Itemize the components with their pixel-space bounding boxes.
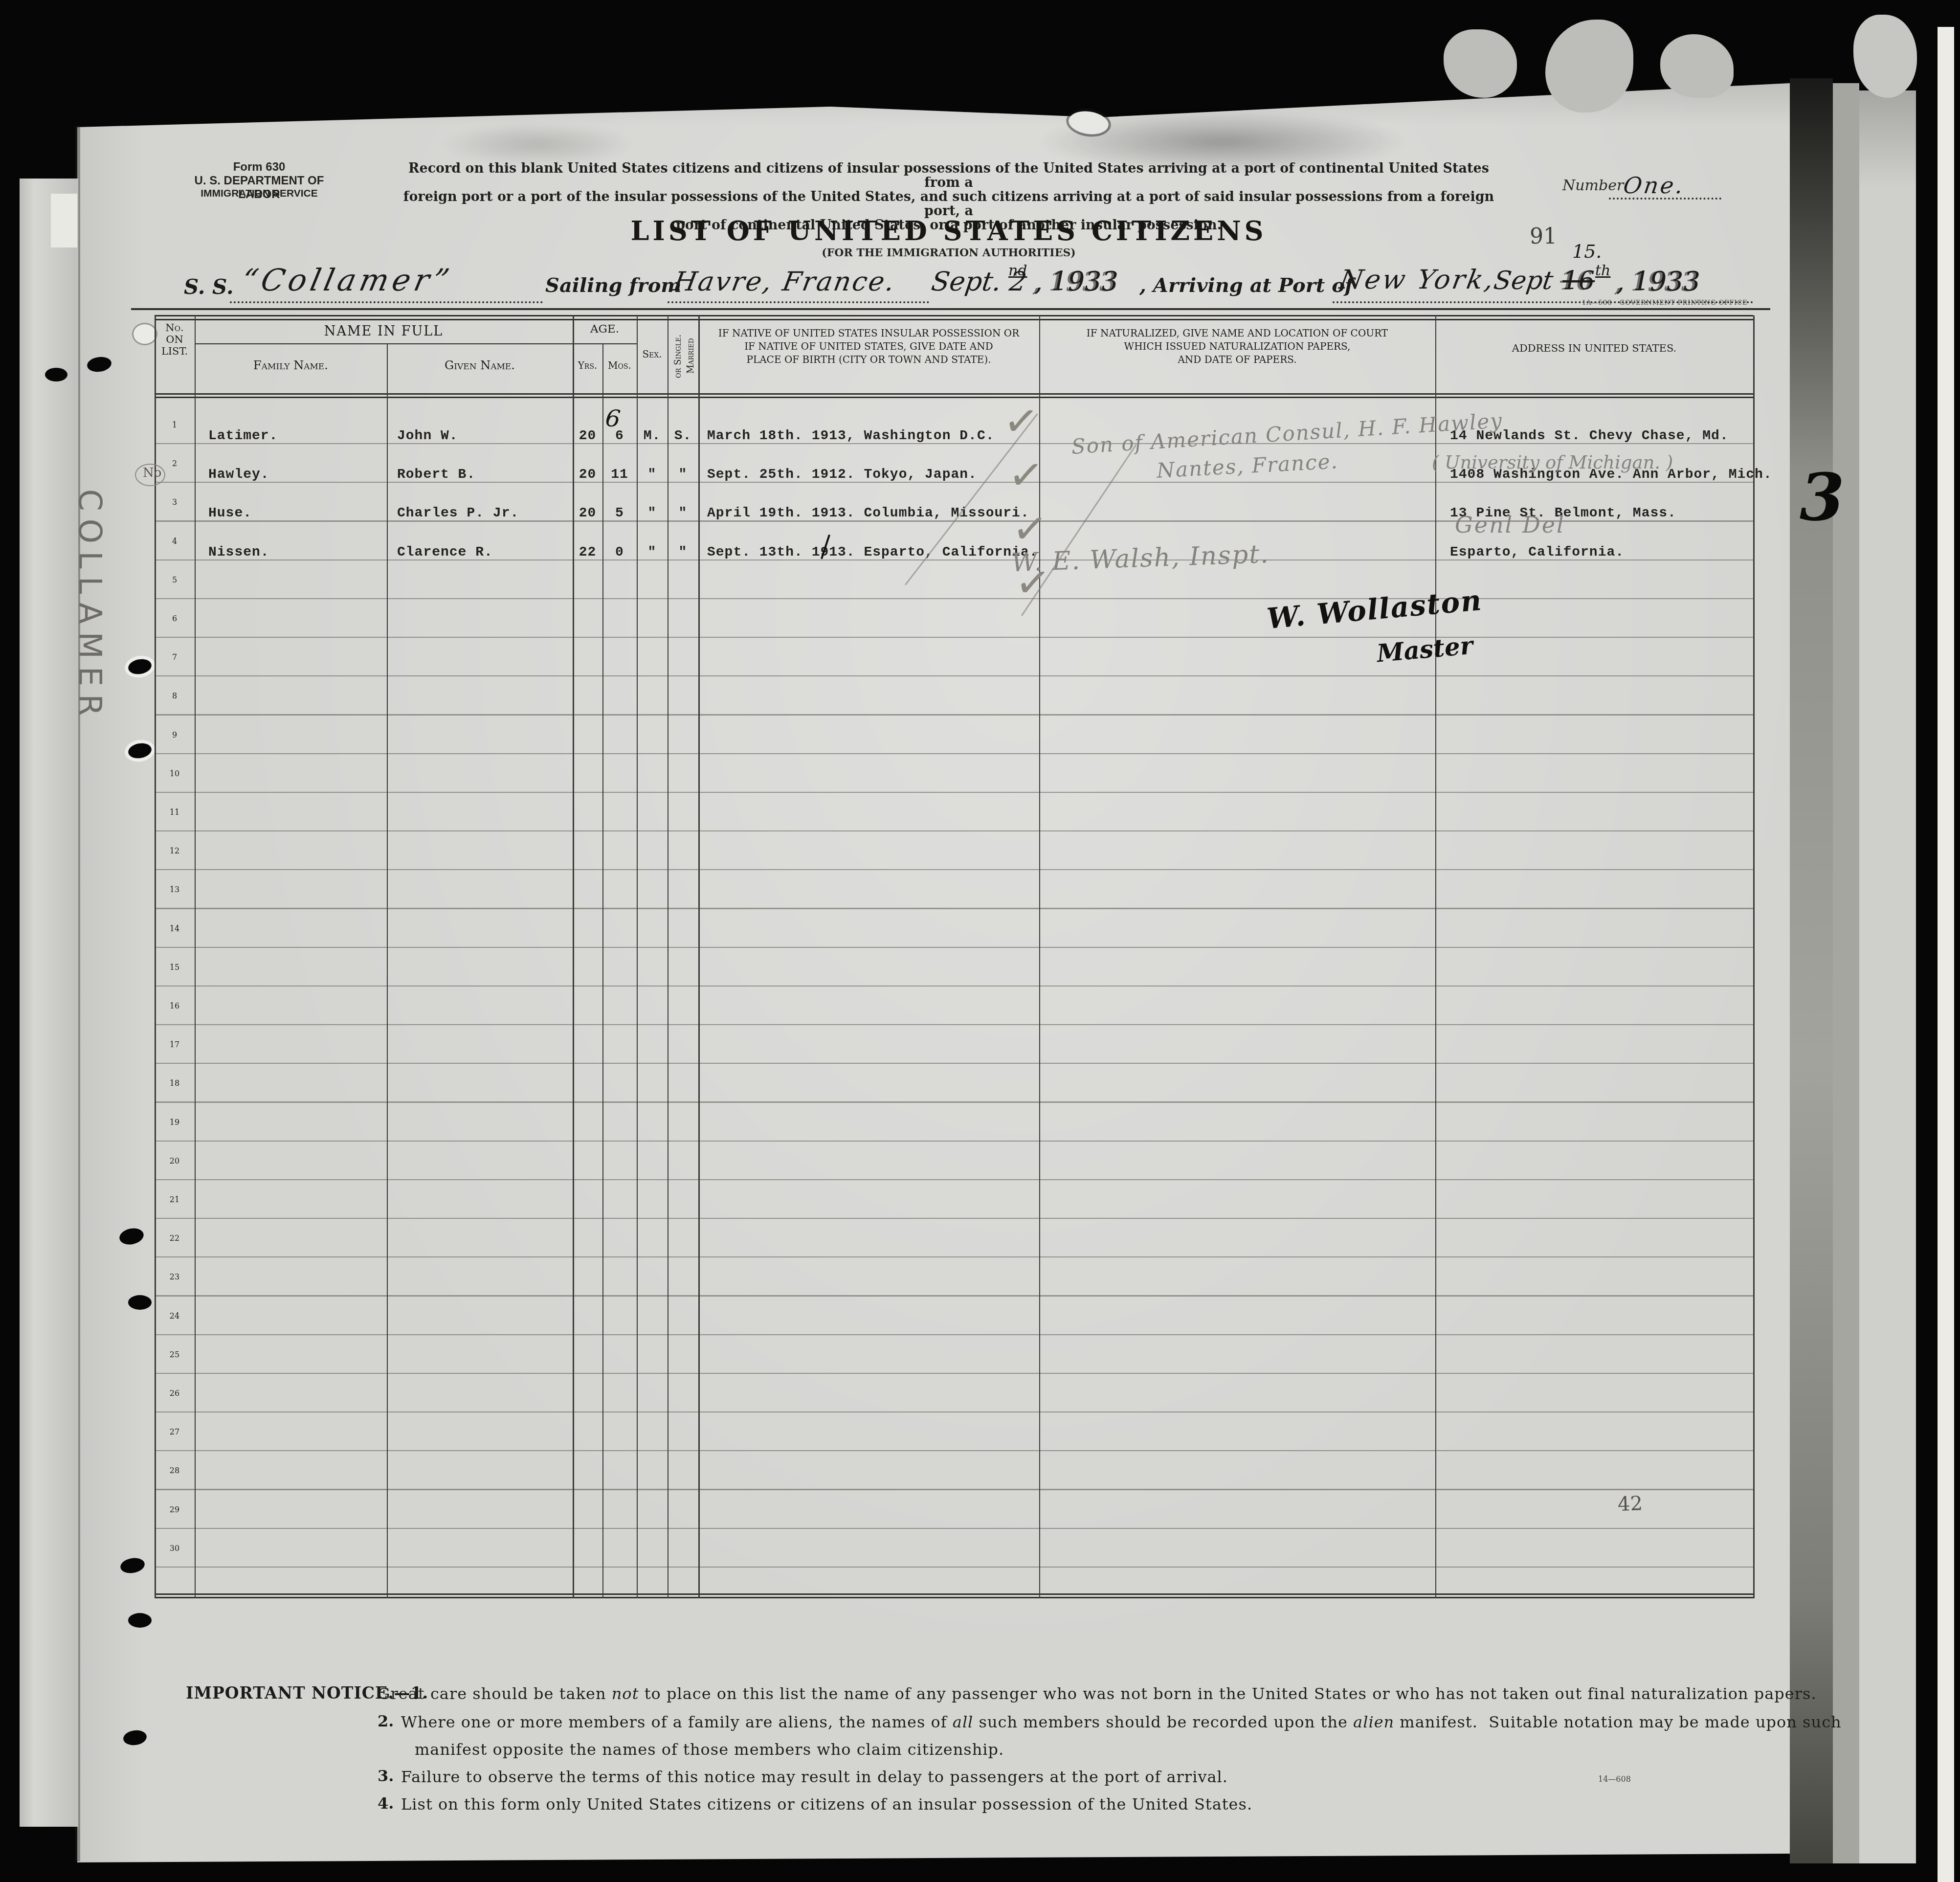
row-number-18: 18 (155, 1073, 195, 1094)
row-number-25: 25 (155, 1344, 195, 1365)
arrival-day-struck: 16 (1562, 266, 1595, 295)
spine-handwritten-ship-name: COLLAMER (71, 489, 108, 841)
cell-given-row1: John W. (397, 426, 458, 447)
michigan-note: ( University of Michigan. ) (1432, 452, 1673, 473)
cell-family-row1: Latimer. (208, 426, 278, 447)
cell-mos-row2: 11 (602, 465, 637, 485)
stamp-42: 42 (1617, 1492, 1643, 1516)
row-number-1: 1 (155, 415, 195, 435)
notice-item-4-number: 4. (378, 1794, 394, 1813)
column-line-married-birth (698, 315, 700, 1598)
notice-item-3-number: 3. (378, 1767, 394, 1785)
column-line-right (1753, 315, 1755, 1598)
instruction-line-2: foreign port or a port of the insular po… (401, 190, 1496, 218)
table-top-line-1 (155, 315, 1753, 316)
table-bottom-line-2 (155, 1597, 1753, 1598)
arrival-month-handwritten: Sept (1492, 266, 1555, 295)
row-number-17: 17 (155, 1034, 195, 1055)
table-top-line-2 (155, 319, 1753, 320)
cell-given-row3: Charles P. Jr. (397, 503, 519, 524)
header-bottom-line-2 (155, 397, 1753, 398)
smudge-stain (440, 122, 636, 166)
cell-sex-row1: M. (637, 426, 668, 447)
cell-sex-row3: " (637, 503, 668, 524)
notice-item-2-number: 2. (378, 1712, 394, 1730)
header-address: ADDRESS IN UNITED STATES. (1435, 342, 1753, 354)
cell-ms-row3: " (668, 503, 698, 524)
ss-label: S. S. (184, 275, 234, 299)
sailing-date-ordinal: nd (1008, 262, 1027, 279)
cell-yrs-row3: 20 (573, 503, 602, 524)
cell-given-row2: Robert B. (397, 465, 475, 485)
cell-sex-row2: " (637, 465, 668, 485)
row-number-7: 7 (155, 647, 195, 668)
row-number-15: 15 (155, 957, 195, 978)
printer-code-top: 1A—508 GOVERNMENT PRINTING OFFICE (1582, 299, 1748, 307)
cell-family-row4: Nissen. (208, 542, 269, 563)
check-mark-row1: ✓ (1001, 396, 1041, 448)
header-age: AGE. (573, 323, 637, 336)
arrival-day-correction: 15. (1572, 241, 1602, 262)
column-line-no (195, 315, 196, 1598)
general-delivery-note: Genl Del (1455, 512, 1565, 538)
cell-family-row3: Huse. (208, 503, 252, 524)
row-number-10: 10 (155, 763, 195, 784)
instruction-line-1: Record on this blank United States citiz… (401, 161, 1496, 190)
header-yrs: Yrs. (573, 359, 602, 371)
check-mark-row2: ✓ (1006, 449, 1046, 502)
page-title: LIST OF UNITED STATES CITIZENS (460, 215, 1438, 246)
cell-mos-row4: 0 (602, 542, 637, 563)
row-number-30: 30 (155, 1538, 195, 1559)
row-number-16: 16 (155, 996, 195, 1016)
punch-hole (128, 1613, 152, 1628)
page-number-stamp: 91 (1530, 224, 1557, 249)
row-number-13: 13 (155, 879, 195, 900)
printer-imprint: GOVERNMENT PRINTING OFFICE (1620, 299, 1748, 307)
row-number-24: 24 (155, 1306, 195, 1326)
row-number-20: 20 (155, 1151, 195, 1171)
page-gutter-shadow (1790, 78, 1833, 1863)
spine-label-tab (51, 194, 77, 247)
notice-item-3: Failure to observe the terms of this not… (401, 1768, 1228, 1786)
sailing-year-handwritten: , 1933 (1034, 266, 1118, 297)
row-number-9: 9 (155, 725, 195, 745)
ship-name-handwritten: “Collamer” (238, 262, 456, 298)
punch-hole-white (132, 323, 157, 345)
arriving-at-port-label: , Arriving at Port of (1139, 274, 1353, 297)
header-birth: IF NATIVE OF UNITED STATES INSULAR POSSE… (698, 327, 1039, 366)
row-separator-lines (155, 405, 1753, 1568)
notice-item-2: Where one or more members of a family ar… (401, 1713, 1842, 1731)
table-bottom-line-1 (155, 1593, 1753, 1595)
cell-address-row4: Esparto, California. (1450, 542, 1624, 563)
header-family-name: Family Name. (195, 358, 387, 372)
row-number-22: 22 (155, 1228, 195, 1249)
column-line-family-given (387, 344, 388, 1598)
subheader-line (195, 343, 637, 344)
cell-yrs-row4: 22 (573, 542, 602, 563)
arrival-year-handwritten: , 1933 (1616, 266, 1700, 297)
right-torn-strip (1938, 27, 1954, 1882)
gutter-mid-strip (1833, 83, 1859, 1863)
row-number-21: 21 (155, 1189, 195, 1210)
row-number-14: 14 (155, 919, 195, 939)
cell-ms-row4: " (668, 542, 698, 563)
header-no-on-list: No. ON LIST. (155, 322, 195, 357)
cell-yrs-row2: 20 (573, 465, 602, 485)
torn-paper-fragment (1660, 34, 1734, 98)
mos-overwrite-handwritten: 6 (604, 404, 622, 433)
row-number-5: 5 (155, 570, 195, 590)
header-sex: Sex. (637, 348, 668, 360)
next-page-edge (1859, 90, 1916, 1863)
cell-family-row2: Hawley. (208, 465, 269, 485)
cell-given-row4: Clarence R. (397, 542, 493, 563)
row-number-27: 27 (155, 1422, 195, 1442)
arrival-port-handwritten: New York, (1337, 264, 1498, 295)
header-naturalized: IF NATURALIZED, GIVE NAME AND LOCATION O… (1039, 327, 1435, 366)
no-stamp: No (143, 466, 161, 480)
torn-paper-fragment (1853, 15, 1917, 98)
row-number-6: 6 (155, 608, 195, 629)
cell-yrs-row1: 20 (573, 426, 602, 447)
row-number-23: 23 (155, 1267, 195, 1287)
column-line-naturalized-address (1435, 315, 1436, 1598)
header-mos: Mos. (602, 359, 637, 371)
book-spine-strip (20, 179, 78, 1827)
column-line-yrs-mos (602, 344, 603, 1598)
page-subtitle: (FOR THE IMMIGRATION AUTHORITIES) (704, 246, 1193, 259)
notice-item-1: Great care should be taken not to place … (378, 1684, 1817, 1703)
printer-code-top-number: 1A—508 (1582, 299, 1612, 307)
margin-numeral: 3 (1800, 460, 1845, 536)
row-number-4: 4 (155, 531, 195, 552)
cell-ms-row1: S. (668, 426, 698, 447)
printer-code-bottom: 14—608 (1598, 1774, 1631, 1784)
form-service: IMMIGRATION SERVICE (196, 188, 323, 200)
row-number-8: 8 (155, 686, 195, 706)
cell-birth-row2: Sept. 25th. 1912. Tokyo, Japan. (707, 465, 977, 485)
row-number-29: 29 (155, 1500, 195, 1520)
row-number-26: 26 (155, 1383, 195, 1404)
row-number-28: 28 (155, 1460, 195, 1481)
punch-hole (45, 368, 67, 381)
header-bottom-line-1 (155, 393, 1753, 395)
cell-sex-row4: " (637, 542, 668, 563)
number-value-handwritten: One. (1622, 172, 1687, 199)
cell-mos-row3: 5 (602, 503, 637, 524)
sailing-port-handwritten: Havre, France. (671, 266, 898, 297)
header-section-rule (131, 308, 1770, 310)
form-number: Form 630 (200, 160, 318, 174)
row-number-3: 3 (155, 492, 195, 513)
header-given-name: Given Name. (387, 358, 573, 372)
notice-item-2-continued: manifest opposite the names of those mem… (415, 1740, 1004, 1759)
header-married-or-single: Married or Single. (669, 319, 697, 393)
notice-item-4: List on this form only United States cit… (401, 1795, 1252, 1814)
sailing-from-label: Sailing from (545, 274, 682, 297)
torn-paper-fragment (1444, 29, 1517, 98)
cell-birth-row4: Sept. 13th. 1913. Esparto, California. (707, 542, 1038, 563)
row-number-11: 11 (155, 802, 195, 823)
arrival-day-ordinal: th (1595, 262, 1610, 279)
row-number-19: 19 (155, 1112, 195, 1133)
cell-ms-row2: " (668, 465, 698, 485)
cell-birth-row1: March 18th. 1913, Washington D.C. (707, 426, 995, 447)
row-number-12: 12 (155, 841, 195, 861)
punch-hole (128, 1295, 152, 1310)
cell-birth-row3: April 19th. 1913. Columbia, Missouri. (707, 503, 1029, 524)
header-name-in-full: NAME IN FULL (195, 324, 573, 339)
